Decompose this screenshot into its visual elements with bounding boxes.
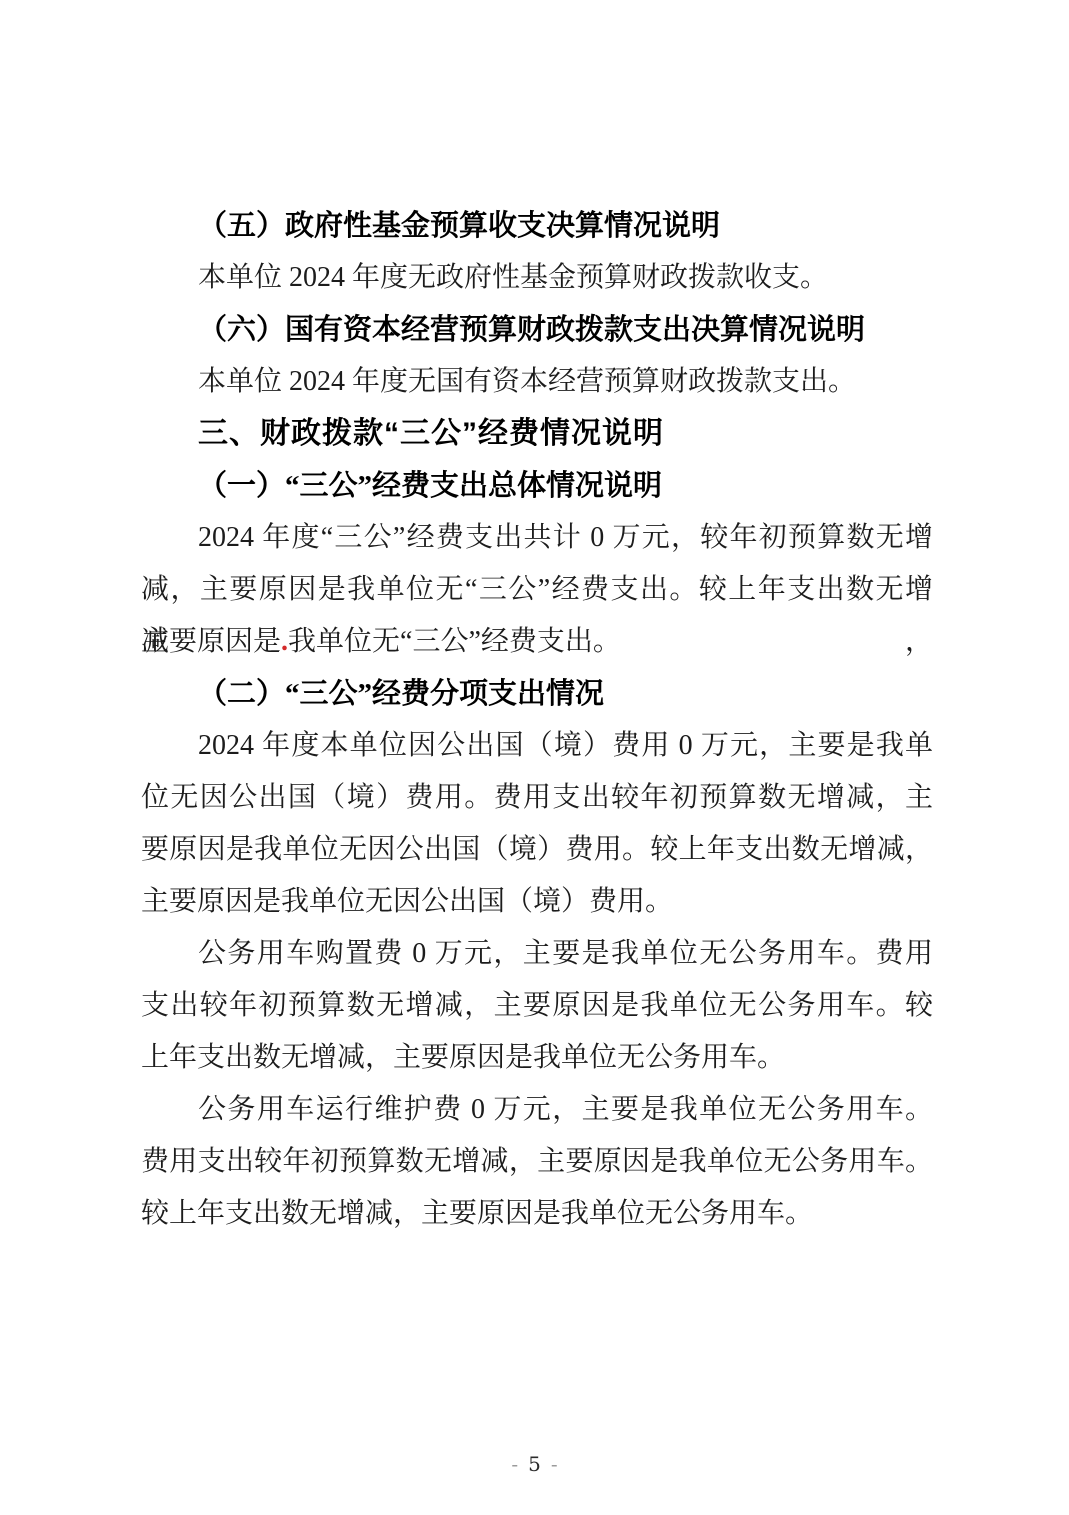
paragraph-vehicle-maintenance-line-2: 费用支出较年初预算数无增减，主要原因是我单位无公务用车。 <box>141 1136 933 1188</box>
paragraph-state-capital: 本单位 2024 年度无国有资本经营预算财政拨款支出。 <box>141 356 933 408</box>
section-heading-gov-fund: （五）政府性基金预算收支决算情况说明 <box>141 200 933 252</box>
paragraph-abroad-line-2: 位无因公出国（境）费用。费用支出较年初预算数无增减，主 <box>141 772 933 824</box>
subsection-heading-overall: （一）“三公”经费支出总体情况说明 <box>141 460 933 512</box>
chapter-heading-three-public: 三、财政拨款“三公”经费情况说明 <box>141 408 933 460</box>
footer-dash-right: - <box>551 1452 558 1476</box>
paragraph-vehicle-purchase-line-1: 公务用车购置费 0 万元，主要是我单位无公务用车。费用 <box>141 928 933 980</box>
text-before-red-dot: 主要原因是 <box>141 626 281 657</box>
footer-dash-left: - <box>511 1452 518 1476</box>
paragraph-vehicle-maintenance-line-3: 较上年支出数无增减，主要原因是我单位无公务用车。 <box>141 1188 933 1240</box>
section-heading-state-capital: （六）国有资本经营预算财政拨款支出决算情况说明 <box>141 304 933 356</box>
paragraph-vehicle-maintenance-line-1: 公务用车运行维护费 0 万元，主要是我单位无公务用车。 <box>141 1084 933 1136</box>
page-footer: -5- <box>0 1450 1069 1478</box>
paragraph-overall-line-2: 减，主要原因是我单位无“三公”经费支出。较上年支出数无增减， <box>141 564 933 616</box>
paragraph-vehicle-purchase-line-3: 上年支出数无增减，主要原因是我单位无公务用车。 <box>141 1032 933 1084</box>
paragraph-abroad-line-1: 2024 年度本单位因公出国（境）费用 0 万元，主要是我单 <box>141 720 933 772</box>
document-page: （五）政府性基金预算收支决算情况说明 本单位 2024 年度无政府性基金预算财政… <box>0 0 1069 1515</box>
subsection-heading-itemized: （二）“三公”经费分项支出情况 <box>141 668 933 720</box>
paragraph-abroad-line-3: 要原因是我单位无因公出国（境）费用。较上年支出数无增减， <box>141 824 933 876</box>
paragraph-abroad-line-4: 主要原因是我单位无因公出国（境）费用。 <box>141 876 933 928</box>
document-body: （五）政府性基金预算收支决算情况说明 本单位 2024 年度无政府性基金预算财政… <box>141 200 933 1240</box>
red-dot-annotation: . <box>281 626 288 657</box>
paragraph-overall-line-1: 2024 年度“三公”经费支出共计 0 万元，较年初预算数无增 <box>141 512 933 564</box>
page-number: 5 <box>528 1452 541 1476</box>
text-after-red-dot: 我单位无“三公”经费支出。 <box>288 626 621 657</box>
paragraph-gov-fund: 本单位 2024 年度无政府性基金预算财政拨款收支。 <box>141 252 933 304</box>
paragraph-vehicle-purchase-line-2: 支出较年初预算数无增减，主要原因是我单位无公务用车。较 <box>141 980 933 1032</box>
